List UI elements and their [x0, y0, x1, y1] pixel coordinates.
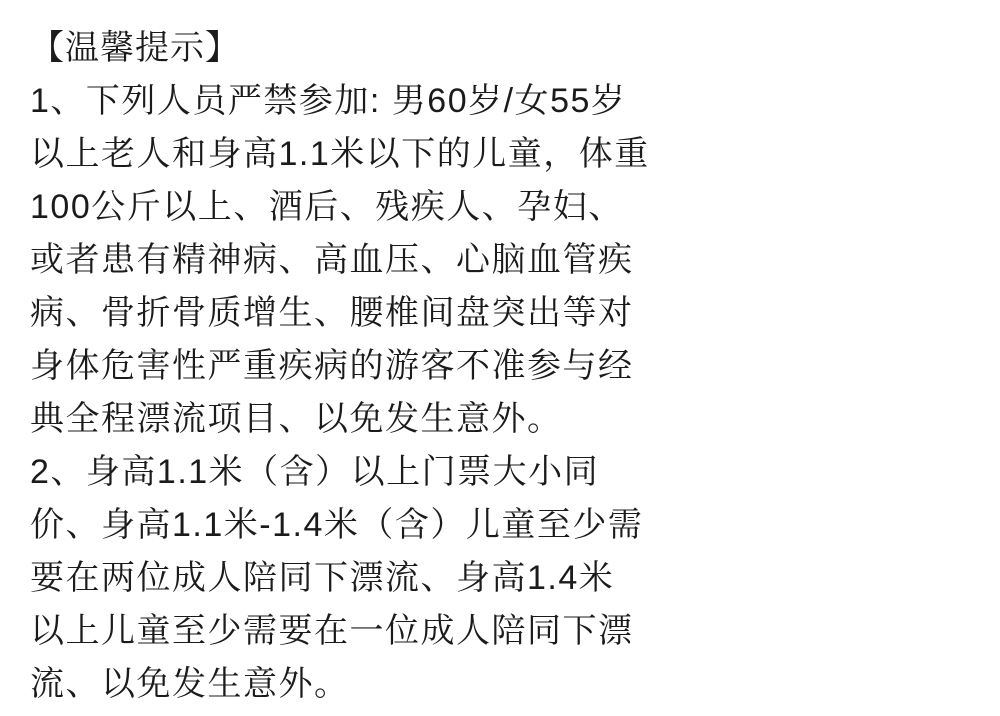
- notice-line: 100公斤以上、酒后、残疾人、孕妇、: [30, 181, 970, 234]
- notice-line: 典全程漂流项目、以免发生意外。: [30, 393, 970, 446]
- notice-title: 【温馨提示】: [30, 22, 970, 75]
- notice-line: 流、以免发生意外。: [30, 658, 970, 711]
- notice-line: 或者患有精神病、高血压、心脑血管疾: [30, 234, 970, 287]
- notice-line: 1、下列人员严禁参加: 男60岁/女55岁: [30, 75, 970, 128]
- notice-line: 病、骨折骨质增生、腰椎间盘突出等对: [30, 287, 970, 340]
- notice-text-block: 【温馨提示】 1、下列人员严禁参加: 男60岁/女55岁 以上老人和身高1.1米…: [0, 0, 1000, 716]
- notice-line: 身体危害性严重疾病的游客不准参与经: [30, 340, 970, 393]
- notice-line: 价、身高1.1米-1.4米（含）儿童至少需: [30, 499, 970, 552]
- notice-line: 以上老人和身高1.1米以下的儿童，体重: [30, 128, 970, 181]
- notice-line: 2、身高1.1米（含）以上门票大小同: [30, 446, 970, 499]
- notice-line: 要在两位成人陪同下漂流、身高1.4米: [30, 552, 970, 605]
- notice-line: 以上儿童至少需要在一位成人陪同下漂: [30, 605, 970, 658]
